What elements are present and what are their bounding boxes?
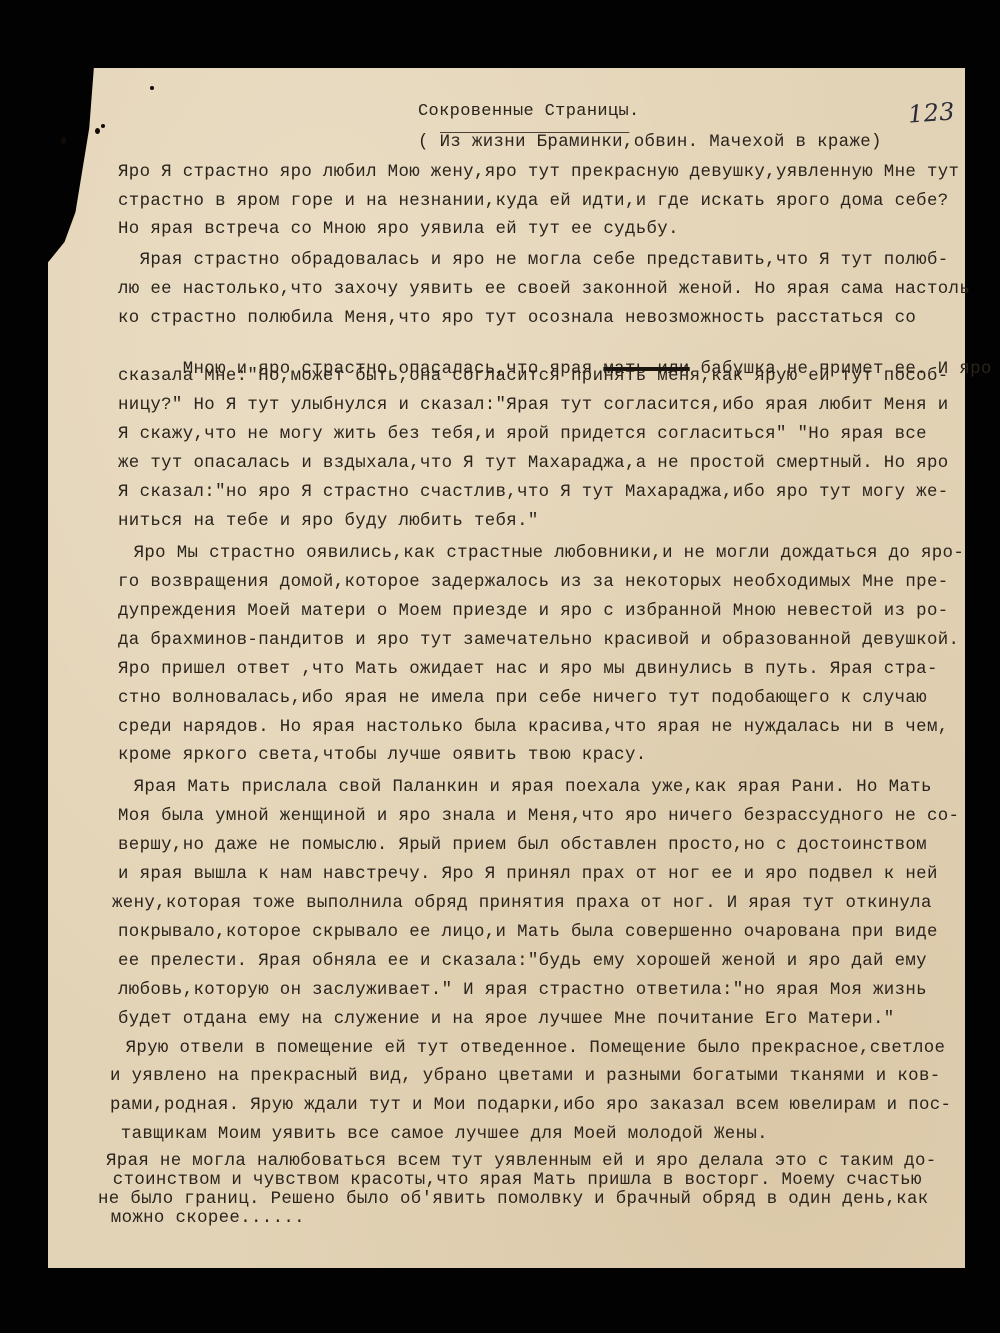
text-line: сказала Мне:"Но,может быть,она согласитс… — [118, 366, 949, 388]
text-line: вершу,но даже не помыслю. Ярый прием был… — [118, 835, 927, 857]
scan-background: 123 Сокровенные Страницы. ______________… — [0, 0, 1000, 1333]
document-subtitle: ( Из жизни Браминки,обвин. Мачехой в кра… — [418, 132, 882, 154]
text-line: можно скорее...... — [100, 1208, 305, 1230]
text-line: Я сказал:"но яро Я страстно счастлив,что… — [118, 482, 949, 504]
text-line: ее прелести. Ярая обняла ее и сказала:"б… — [118, 951, 927, 973]
text-line: Ярая страстно обрадовалась и яро не могл… — [118, 250, 949, 272]
text-line: Ярая Мать прислала свой Паланкин и ярая … — [112, 777, 932, 799]
text-line: любовь,которую он заслуживает." И ярая с… — [118, 980, 927, 1002]
text-line: да брахминов-пандитов и яро тут замечате… — [118, 630, 959, 652]
text-line: будет отдана ему на служение и на ярое л… — [118, 1009, 895, 1031]
text-line: ницу?" Но Я тут улыбнулся и сказал:"Ярая… — [118, 395, 949, 417]
paper-hole — [150, 86, 154, 90]
text-line: жену,которая тоже выполнила обряд принят… — [112, 893, 932, 915]
text-line: страстно в яром горе и на незнании,куда … — [118, 191, 949, 213]
paper-hole — [101, 124, 105, 128]
text-line: Яро Я страстно яро любил Мою жену,яро ту… — [118, 162, 959, 184]
text-line: рами,родная. Ярую ждали тут и Мои подарк… — [110, 1095, 951, 1117]
text-line: кроме яркого света,чтобы лучше оявить тв… — [118, 745, 647, 767]
text-line: ниться на тебе и яро буду любить тебя." — [118, 511, 539, 533]
text-line: Но ярая встреча со Мною яро уявила ей ту… — [118, 219, 679, 241]
text-line: Ярую отвели в помещение ей тут отведенно… — [104, 1038, 945, 1060]
text-line: Моя была умной женщиной и яро знала и Ме… — [118, 806, 959, 828]
paper-hole — [95, 128, 100, 134]
text-line: Я скажу,что не могу жить без тебя,и ярой… — [118, 424, 927, 446]
text-line: ко страстно полюбила Меня,что яро тут ос… — [118, 308, 916, 330]
text-line: и ярая вышла к нам навстречу. Яро Я прин… — [118, 864, 938, 886]
handwritten-page-number: 123 — [907, 97, 956, 128]
text-line: Яро Мы страстно оявились,как страстные л… — [112, 543, 964, 565]
text-line: же тут опасалась и вздыхала,что Я тут Ма… — [118, 453, 949, 475]
text-line: тавщикам Моим уявить все самое лучшее дл… — [110, 1124, 768, 1146]
text-line: покрывало,которое скрывало ее лицо,и Мат… — [118, 922, 938, 944]
text-line: лю ее настолько,что захочу уявить ее сво… — [118, 279, 970, 301]
text-line: стно волновалась,ибо ярая не имела при с… — [118, 688, 927, 710]
paper-hole — [61, 137, 66, 144]
text-line: дупреждения Моей матери о Моем приезде и… — [118, 601, 949, 623]
text-line: среди нарядов. Но ярая настолько была кр… — [118, 717, 949, 739]
text-line: Яро пришел ответ ,что Мать ожидает нас и… — [118, 659, 938, 681]
text-line: и уявлено на прекрасный вид, убрано цвет… — [110, 1066, 941, 1088]
text-line: го возвращения домой,которое задержалось… — [118, 572, 949, 594]
